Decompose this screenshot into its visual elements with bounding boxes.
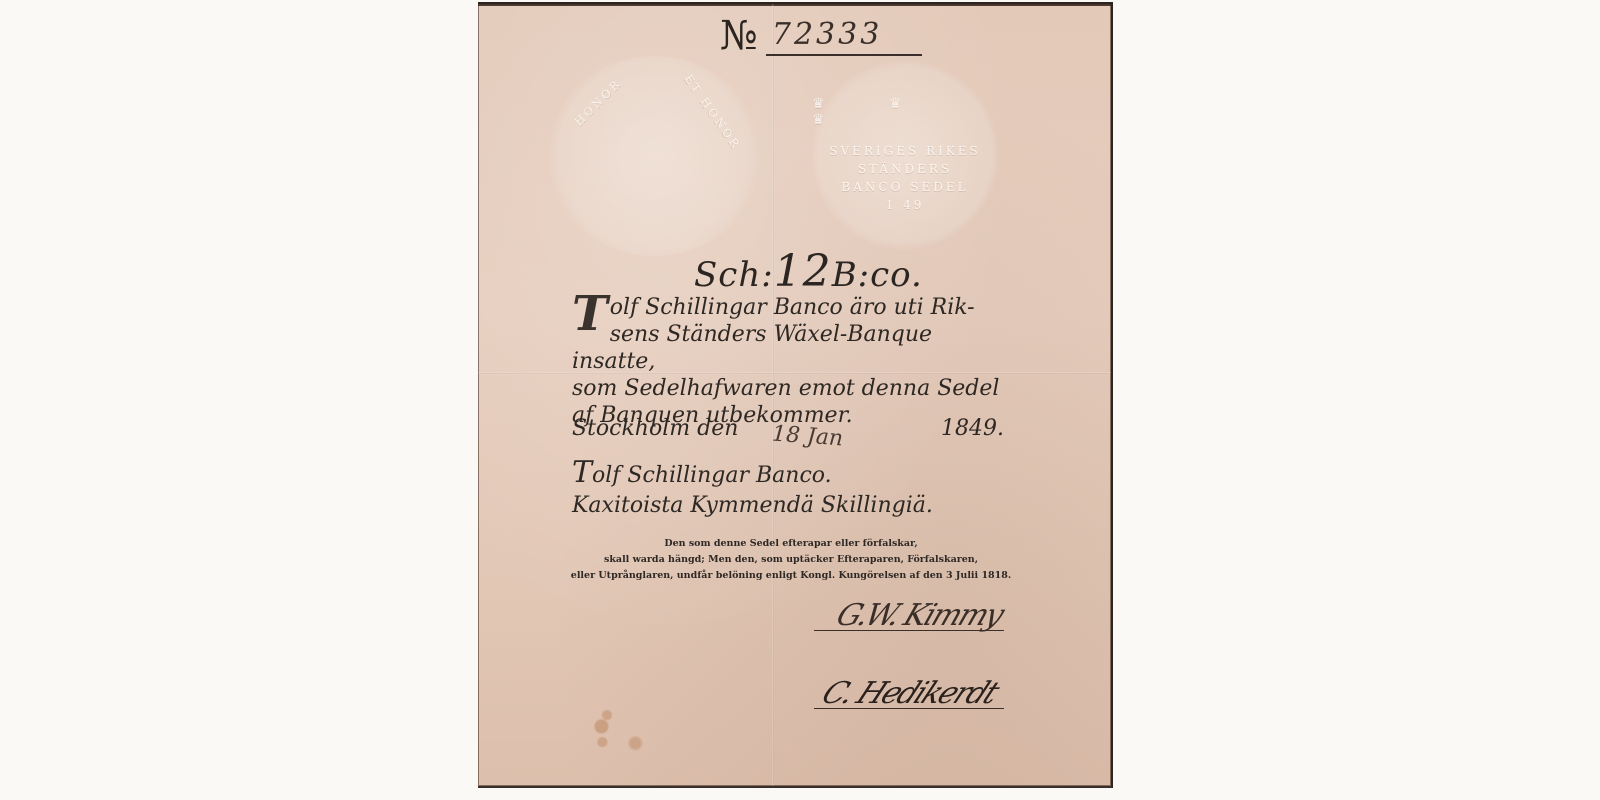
drop-cap: T: [572, 294, 608, 334]
crowns-icon: ♛ ♛ ♛: [812, 96, 998, 128]
body-line-3: som Sedelhafwaren emot denna Sedel: [572, 375, 1022, 402]
denomination-prefix: Sch:: [694, 255, 774, 295]
warning-line-1: Den som denne Sedel efterapar eller förf…: [566, 536, 1016, 552]
left-watermark-seal: HONOR ET HONOR: [546, 56, 762, 256]
warning-line-3: eller Utprånglaren, undfår belöning enli…: [566, 568, 1016, 584]
watermark-line-2: STÄNDERS: [858, 160, 952, 178]
body-line-2: sens Ständers Wäxel-Banque insatte,: [572, 321, 1022, 375]
signature-1: G.W. Kimmy: [832, 598, 1008, 633]
rust-stain: [563, 681, 659, 777]
warning-line-2: skall warda hängd; Men den, som uptäcker…: [566, 552, 1016, 568]
banknote: HONOR ET HONOR ♛ ♛ ♛ SVERIGES RIKES STÄN…: [478, 2, 1113, 788]
amount-in-words: Tolf Schillingar Banco. Kaxitoista Kymme…: [572, 458, 933, 521]
issue-place: Stockholm den: [572, 416, 738, 441]
serial-number: № 72333: [720, 16, 922, 56]
signature-2: C. Hedikerdt: [816, 676, 1004, 711]
handwritten-date: 18 Jan: [771, 422, 844, 452]
denomination: Sch:12B:co.: [694, 246, 923, 297]
counterfeit-warning: Den som denne Sedel efterapar eller förf…: [566, 536, 1016, 584]
body-line-1: olf Schillingar Banco äro uti Rik-: [572, 294, 1022, 321]
issue-year: 1849.: [941, 416, 1004, 441]
numero-sign: №: [720, 16, 758, 56]
signature-1-line: [814, 630, 1004, 631]
watermark-line-4: 1 49: [886, 196, 925, 214]
watermark-line-3: BANCO SEDEL: [841, 178, 968, 196]
denomination-value: 12: [774, 246, 832, 297]
watermark-line-1: SVERIGES RIKES: [829, 142, 981, 160]
amount-swedish: Tolf Schillingar Banco.: [572, 458, 933, 491]
amount-swedish-initial: T: [572, 455, 592, 490]
note-body-text: T olf Schillingar Banco äro uti Rik- sen…: [572, 294, 1022, 429]
serial-value: 72333: [766, 17, 922, 56]
watermark-arc-text-right: ET HONOR: [681, 73, 742, 153]
issue-date-row: Stockholm den 18 Jan 1849.: [572, 416, 1012, 441]
watermark-arc-text-left: HONOR: [572, 76, 624, 128]
amount-finnish: Kaxitoista Kymmendä Skillingiä.: [572, 491, 933, 521]
right-watermark-seal: ♛ ♛ ♛ SVERIGES RIKES STÄNDERS BANCO SEDE…: [812, 60, 998, 250]
denomination-suffix: B:co.: [832, 255, 923, 295]
amount-swedish-rest: olf Schillingar Banco.: [592, 463, 832, 488]
signature-2-line: [814, 708, 1004, 709]
